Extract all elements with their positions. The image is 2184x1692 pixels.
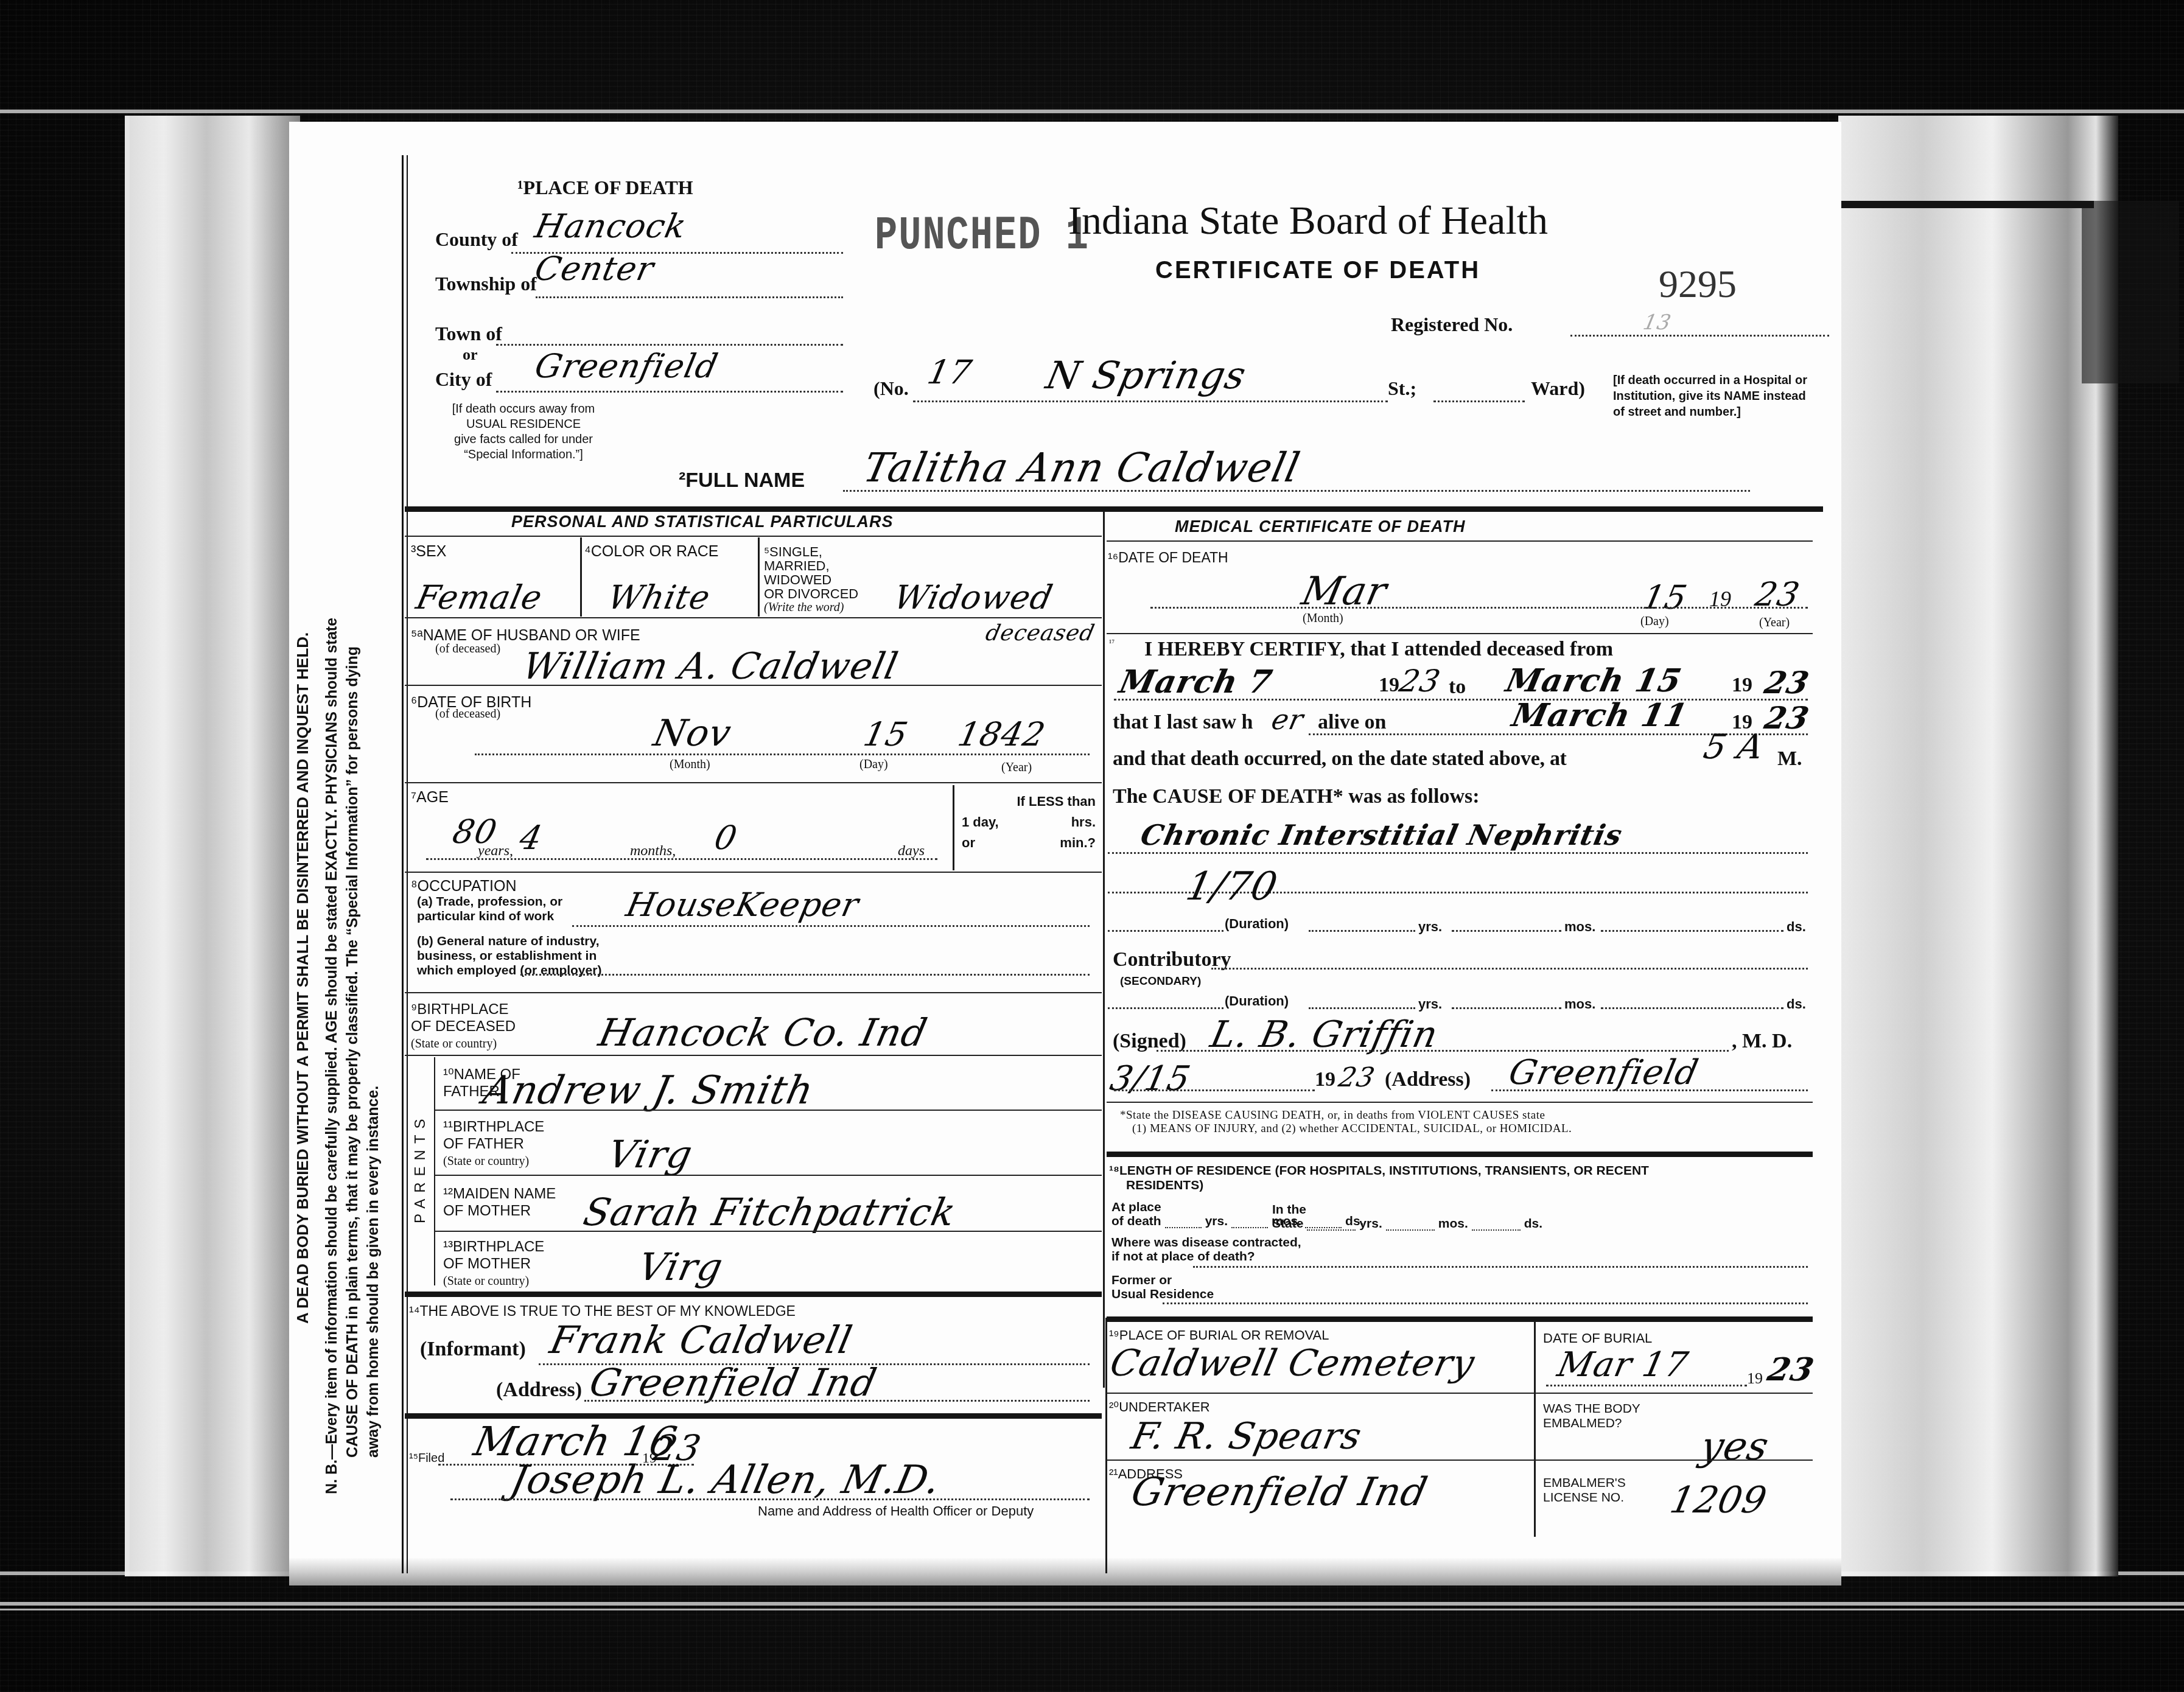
last-saw-text-1: that I last saw h <box>1113 711 1253 734</box>
residence-bottom-rule <box>1107 1316 1813 1322</box>
county-label: County of <box>435 228 518 251</box>
file-number: 9295 <box>1659 262 1737 307</box>
in-state-1: In the <box>1272 1203 1542 1217</box>
sleeve-seam <box>1838 201 2094 208</box>
dob-month: Nov <box>650 712 735 755</box>
contrib-mos-line <box>1452 1007 1561 1009</box>
burial-year-prefix: 19 <box>1747 1369 1763 1388</box>
attended-to-year: 23 <box>1762 665 1813 701</box>
duration-value: 1/70 <box>1182 864 1281 909</box>
signed-address-value: Greenfield <box>1505 1053 1702 1092</box>
age-line <box>426 858 937 860</box>
health-officer-signature: Joseph L. Allen, M.D. <box>506 1458 945 1503</box>
contrib-ds-line <box>1601 1007 1783 1009</box>
certify-text: I HEREBY CERTIFY, that I attended deceas… <box>1144 638 1613 661</box>
dod-year-caption: (Year) <box>1759 616 1790 630</box>
registered-no-label: Registered No. <box>1391 313 1513 336</box>
occupation-a-2: particular kind of work <box>417 909 562 924</box>
attended-line <box>1114 699 1808 701</box>
contrib-duration-line-pre <box>1108 1007 1223 1009</box>
marital-label-2: MARRIED, <box>764 559 858 573</box>
to-word: to <box>1449 676 1466 699</box>
contrib-ds: ds. <box>1787 996 1806 1012</box>
frame-rail-top <box>0 110 2184 113</box>
burial-place-label: ¹⁹PLACE OF BURIAL OR REMOVAL <box>1109 1327 1329 1344</box>
medical-row-rule-1 <box>1107 633 1813 634</box>
contrib-mos: mos. <box>1564 996 1595 1012</box>
race-marital-divider <box>758 537 760 617</box>
last-saw-year: 23 <box>1762 700 1813 736</box>
burial-date-label: DATE OF BURIAL <box>1543 1330 1652 1347</box>
occupation-label: ⁸OCCUPATION <box>411 878 517 895</box>
usual-residence-note-3: give facts called for under <box>441 432 606 447</box>
age-years-word: years, <box>478 843 513 859</box>
place-of-death-heading: ¹PLACE OF DEATH <box>517 177 693 199</box>
true-statement: ¹⁴THE ABOVE IS TRUE TO THE BEST OF MY KN… <box>409 1302 796 1320</box>
health-officer-line <box>450 1498 1090 1500</box>
medical-row-rule-2 <box>1107 1102 1813 1103</box>
father-bp-label-2: OF FATHER <box>443 1136 544 1153</box>
birthplace-value: Hancock Co. Ind <box>595 1010 931 1055</box>
spouse-value: William A. Caldwell <box>519 645 902 688</box>
license-value: 1209 <box>1667 1479 1771 1522</box>
sleeve-tab <box>2082 201 2179 383</box>
father-birthplace-label: ¹¹BIRTHPLACE OF FATHER (State or country… <box>443 1119 544 1170</box>
city-value: Greenfield <box>531 347 721 385</box>
cause-line-1 <box>1108 852 1808 854</box>
cause-footnote: *State the DISEASE CAUSING DEATH, or, in… <box>1120 1109 1572 1136</box>
occupation-value: HouseKeeper <box>623 886 863 924</box>
attended-from-year-prefix: 19 <box>1379 674 1399 697</box>
side-warning: A DEAD BODY BURIED WITHOUT A PERMIT SHAL… <box>292 632 313 1324</box>
at-place-yrs: yrs. <box>1205 1214 1228 1228</box>
less-than-or: or <box>962 833 975 853</box>
contracted-line <box>1193 1266 1808 1268</box>
occupation-b-1: (b) General nature of industry, <box>417 934 601 949</box>
column-divider <box>1103 511 1105 1388</box>
residence-heading-2: RESIDENTS) <box>1109 1178 1649 1193</box>
hospital-note: [If death occurred in a Hospital or Inst… <box>1613 372 1808 420</box>
certificate-page-edge <box>289 1558 1841 1585</box>
duration-yrs-line <box>1309 930 1415 932</box>
city-line <box>496 391 843 393</box>
informant-address-label: (Address) <box>496 1379 582 1402</box>
township-value: Center <box>531 250 657 288</box>
medical-heading-rule <box>1107 540 1813 542</box>
last-saw-date: March 11 <box>1509 697 1692 734</box>
frame-rail-bottom-2 <box>0 1602 2184 1606</box>
birthplace-label-3: (State or country) <box>411 1035 516 1052</box>
marital-label: ⁵SINGLE, MARRIED, WIDOWED OR DIVORCED (W… <box>764 545 858 615</box>
dod-day: 15 <box>1639 578 1690 617</box>
cause-footnote-1: *State the DISEASE CAUSING DEATH, or, in… <box>1120 1109 1572 1122</box>
ward-line <box>1433 400 1525 402</box>
age-label: ⁷AGE <box>411 789 449 806</box>
sex-value: Female <box>413 578 546 617</box>
informant-address-line <box>584 1400 1090 1402</box>
signed-date-line <box>1114 1089 1315 1091</box>
dod-label: ¹⁶DATE OF DEATH <box>1108 549 1228 566</box>
spouse-sub: (of deceased) <box>435 642 500 656</box>
certificate-title: CERTIFICATE OF DEATH <box>1155 257 1480 284</box>
medical-heading: MEDICAL CERTIFICATE OF DEATH <box>1175 517 1466 536</box>
burial-place-value: Caldwell Cemetery <box>1107 1342 1479 1385</box>
less-than-box: If LESS than 1 day,hrs. ormin.? <box>962 791 1096 853</box>
marital-label-1: ⁵SINGLE, <box>764 545 858 559</box>
death-time-value: 5 A <box>1700 727 1768 767</box>
street-prefix: (No. <box>873 377 909 400</box>
usual-residence-note-4: “Special Information.”] <box>441 447 606 463</box>
death-time-suffix: M. <box>1777 747 1802 771</box>
street-name: N Springs <box>1042 353 1250 397</box>
age-months-word: months, <box>630 843 676 859</box>
mother-birthplace-value: Virg <box>634 1245 727 1289</box>
birthplace-label-1: ⁹BIRTHPLACE <box>411 1001 516 1018</box>
father-value: Andrew J. Smith <box>461 1068 817 1113</box>
occupation-a-label: (a) Trade, profession, or particular kin… <box>417 895 562 924</box>
undertaker-address-value: Greenfield Ind <box>1127 1470 1432 1515</box>
in-state-2: State <box>1272 1217 1303 1231</box>
contrib-yrs: yrs. <box>1418 996 1442 1012</box>
row-rule-2 <box>405 685 1102 686</box>
residence-heading-1: ¹⁸LENGTH OF RESIDENCE (FOR HOSPITALS, IN… <box>1109 1164 1649 1178</box>
ward-label: Ward) <box>1531 377 1585 400</box>
occupation-line <box>572 925 1090 927</box>
occupation-b-3: which employed (or employer) <box>417 963 601 978</box>
birthplace-label: ⁹BIRTHPLACE OF DECEASED (State or countr… <box>411 1001 516 1052</box>
less-than-divider <box>953 785 954 870</box>
birthplace-label-2: OF DECEASED <box>411 1018 516 1035</box>
license-label-1: EMBALMER'S <box>1543 1476 1626 1491</box>
residence-heading: ¹⁸LENGTH OF RESIDENCE (FOR HOSPITALS, IN… <box>1109 1164 1649 1193</box>
former-residence-line <box>1163 1302 1808 1304</box>
occupation-b-2: business, or establishment in <box>417 949 601 963</box>
contrib-duration-label: (Duration) <box>1225 993 1289 1009</box>
marital-label-3: WIDOWED <box>764 573 858 587</box>
row-rule-6 <box>405 1055 1102 1056</box>
usual-residence-note: [If death occurs away from USUAL RESIDEN… <box>441 402 606 463</box>
in-state-mos: mos. <box>1438 1217 1468 1231</box>
spouse-note: deceased <box>984 621 1097 646</box>
dob-day: 15 <box>860 715 911 753</box>
mother-bp-label-1: ¹³BIRTHPLACE <box>443 1239 544 1256</box>
or-label: or <box>463 346 478 364</box>
occupation-b-line <box>520 974 1090 976</box>
row-rule-5 <box>405 992 1102 993</box>
dod-day-caption: (Day) <box>1640 615 1669 629</box>
dod-month-caption: (Month) <box>1303 612 1343 626</box>
undertaker-label: ²⁰UNDERTAKER <box>1109 1399 1210 1416</box>
former-2: Usual Residence <box>1111 1287 1214 1301</box>
burial-row-rule-2 <box>1107 1460 1813 1461</box>
usual-residence-note-2: USUAL RESIDENCE <box>441 417 606 432</box>
occupation-a-1: (a) Trade, profession, or <box>417 895 562 909</box>
row-rule-1 <box>405 617 1102 618</box>
less-than-label: If LESS than <box>962 791 1096 812</box>
full-name-value: Talitha Ann Caldwell <box>859 444 1304 491</box>
contributory-line <box>1211 968 1808 970</box>
burial-year: 23 <box>1765 1351 1818 1388</box>
street-suffix: St.; <box>1388 377 1416 400</box>
personal-heading: PERSONAL AND STATISTICAL PARTICULARS <box>511 512 894 531</box>
footnote-bottom-rule <box>1107 1152 1813 1157</box>
attended-from-year: 23 <box>1396 663 1444 699</box>
duration-mos: mos. <box>1564 919 1595 935</box>
mother-label-2: OF MOTHER <box>443 1203 556 1220</box>
signed-year-prefix: 19 <box>1315 1068 1335 1091</box>
former-residence-label: Former or Usual Residence <box>1111 1273 1214 1301</box>
spouse-label: ⁵ᵃNAME OF HUSBAND OR WIFE <box>411 627 640 644</box>
informant-address-value: Greenfield Ind <box>586 1360 881 1405</box>
marital-value: Widowed <box>891 578 1056 617</box>
mother-bp-label-2: OF MOTHER <box>443 1256 544 1273</box>
md-label: , M. D. <box>1732 1030 1792 1053</box>
father-bp-label-3: (State or country) <box>443 1153 544 1170</box>
at-place-2: of death <box>1111 1214 1161 1228</box>
protective-sleeve-left <box>125 116 300 1576</box>
contracted-label: Where was disease contracted, if not at … <box>1111 1236 1301 1264</box>
registered-no-line <box>1570 335 1829 337</box>
registered-no-value: 13 <box>1641 310 1674 335</box>
signed-year: 23 <box>1336 1062 1378 1093</box>
cause-footnote-2: (1) MEANS OF INJURY, and (2) whether ACC… <box>1120 1122 1572 1136</box>
dob-month-caption: (Month) <box>670 758 710 772</box>
duration-mos-line <box>1452 930 1561 932</box>
full-name-label: ²FULL NAME <box>679 469 805 492</box>
last-saw-text-2: alive on <box>1318 711 1386 734</box>
row-rule-4 <box>405 872 1102 873</box>
former-1: Former or <box>1111 1273 1214 1287</box>
township-label: Township of <box>435 273 537 295</box>
attended-to-year-prefix: 19 <box>1732 674 1752 697</box>
top-section-divider <box>405 506 1823 512</box>
mother-label: ¹²MAIDEN NAME OF MOTHER <box>443 1186 556 1220</box>
cause-intro: The CAUSE OF DEATH* was as follows: <box>1113 785 1480 808</box>
contrib-yrs-line <box>1309 1007 1415 1009</box>
death-time-text: and that death occurred, on the date sta… <box>1113 747 1567 771</box>
side-note-line-3: away from home should be given in every … <box>363 1086 383 1458</box>
occupation-b-label: (b) General nature of industry, business… <box>417 934 601 978</box>
row-rule-9 <box>435 1231 1102 1232</box>
informant-label: (Informant) <box>420 1338 526 1361</box>
street-number: 17 <box>924 353 975 391</box>
mother-label-1: ¹²MAIDEN NAME <box>443 1186 556 1203</box>
burial-date-line <box>1546 1385 1747 1386</box>
protective-sleeve-right <box>1838 116 2118 1576</box>
marital-label-5: (Write the word) <box>764 601 858 615</box>
dob-sub: (of deceased) <box>435 707 500 721</box>
contracted-1: Where was disease contracted, <box>1111 1236 1301 1250</box>
license-label-2: LICENSE NO. <box>1543 1491 1626 1505</box>
parents-label: PARENTS <box>412 1113 429 1223</box>
county-value: Hancock <box>531 207 690 245</box>
agency-title: Indiana State Board of Health <box>1068 198 1548 244</box>
less-than-hrs: hrs. <box>1071 812 1096 833</box>
contracted-2: if not at place of death? <box>1111 1250 1301 1264</box>
dob-year: 1842 <box>954 715 1049 753</box>
column-divider-lower <box>1105 1318 1107 1573</box>
mother-bp-label-3: (State or country) <box>443 1273 544 1290</box>
frame-rail-bottom-3 <box>0 1609 2184 1610</box>
usual-residence-note-1: [If death occurs away from <box>441 402 606 417</box>
attended-from: March 7 <box>1116 663 1276 701</box>
signed-address-label: (Address) <box>1385 1068 1471 1091</box>
row-rule-3 <box>405 782 1102 783</box>
signed-line <box>1157 1050 1729 1052</box>
in-state-label: In the State yrs. mos. ds. <box>1272 1203 1542 1231</box>
full-name-line <box>843 490 1750 492</box>
duration-yrs: yrs. <box>1418 919 1442 935</box>
duration-ds-line <box>1601 930 1783 932</box>
father-birthplace-value: Virg <box>604 1132 696 1176</box>
race-value: White <box>604 578 714 617</box>
informant-value: Frank Caldwell <box>546 1318 856 1362</box>
town-line <box>496 344 843 346</box>
row-rule-8 <box>435 1175 1102 1176</box>
side-note-line-1: N. B.—Every item of information should b… <box>321 618 342 1494</box>
undertaker-value: F. R. Spears <box>1128 1415 1366 1458</box>
burial-row-rule-1 <box>1107 1393 1813 1394</box>
signed-address-line <box>1491 1089 1808 1091</box>
license-label: EMBALMER'S LICENSE NO. <box>1543 1476 1626 1505</box>
embalmed-label-1: WAS THE BODY <box>1543 1402 1640 1416</box>
burial-divider <box>1534 1321 1536 1537</box>
secondary-label: (SECONDARY) <box>1120 974 1201 990</box>
attended-to: March 15 <box>1503 662 1685 699</box>
street-line <box>913 400 1388 402</box>
punched-stamp: PUNCHED 1 <box>875 209 1090 263</box>
mother-value: Sarah Fitchpatrick <box>579 1190 960 1234</box>
sex-race-divider <box>580 537 582 617</box>
father-bp-label-1: ¹¹BIRTHPLACE <box>443 1119 544 1136</box>
less-than-day: 1 day, <box>962 812 999 833</box>
row-rule-7 <box>435 1110 1102 1111</box>
dob-year-caption: (Year) <box>1001 761 1032 775</box>
dob-line <box>475 753 1090 755</box>
less-than-min: min.? <box>1060 833 1096 853</box>
dob-day-caption: (Day) <box>859 758 888 772</box>
duration-ds: ds. <box>1787 919 1806 935</box>
form-left-border <box>402 155 408 1573</box>
dod-line <box>1150 607 1808 609</box>
duration-label: (Duration) <box>1225 916 1289 932</box>
race-label: ⁴COLOR OR RACE <box>584 543 719 560</box>
city-label: City of <box>435 368 492 391</box>
town-label: Town of <box>435 323 502 345</box>
marital-label-4: OR DIVORCED <box>764 587 858 601</box>
certify-number: ¹⁷ <box>1109 639 1115 649</box>
embalmed-value: yes <box>1696 1424 1773 1469</box>
cause-value: Chronic Interstitial Nephritis <box>1138 819 1625 851</box>
side-note-line-2: CAUSE OF DEATH in plain terms, that it m… <box>342 646 363 1458</box>
embalmed-label-2: EMBALMED? <box>1543 1416 1640 1431</box>
township-line <box>536 296 843 298</box>
personal-heading-rule <box>405 536 1102 537</box>
burial-date-value: Mar 17 <box>1554 1345 1692 1385</box>
sex-label: ³SEX <box>411 543 446 560</box>
age-days-word: days <box>898 843 925 859</box>
parents-divider <box>434 1057 435 1285</box>
duration-line-pre <box>1108 930 1223 932</box>
in-state-ds: ds. <box>1524 1217 1542 1231</box>
mother-birthplace-label: ¹³BIRTHPLACE OF MOTHER (State or country… <box>443 1239 544 1290</box>
parents-bottom-rule <box>405 1292 1102 1297</box>
embalmed-label: WAS THE BODY EMBALMED? <box>1543 1402 1640 1431</box>
signed-date: 3/15 <box>1107 1059 1194 1099</box>
in-state-yrs: yrs. <box>1359 1217 1382 1231</box>
health-officer-caption: Name and Address of Health Officer or De… <box>758 1503 1034 1519</box>
